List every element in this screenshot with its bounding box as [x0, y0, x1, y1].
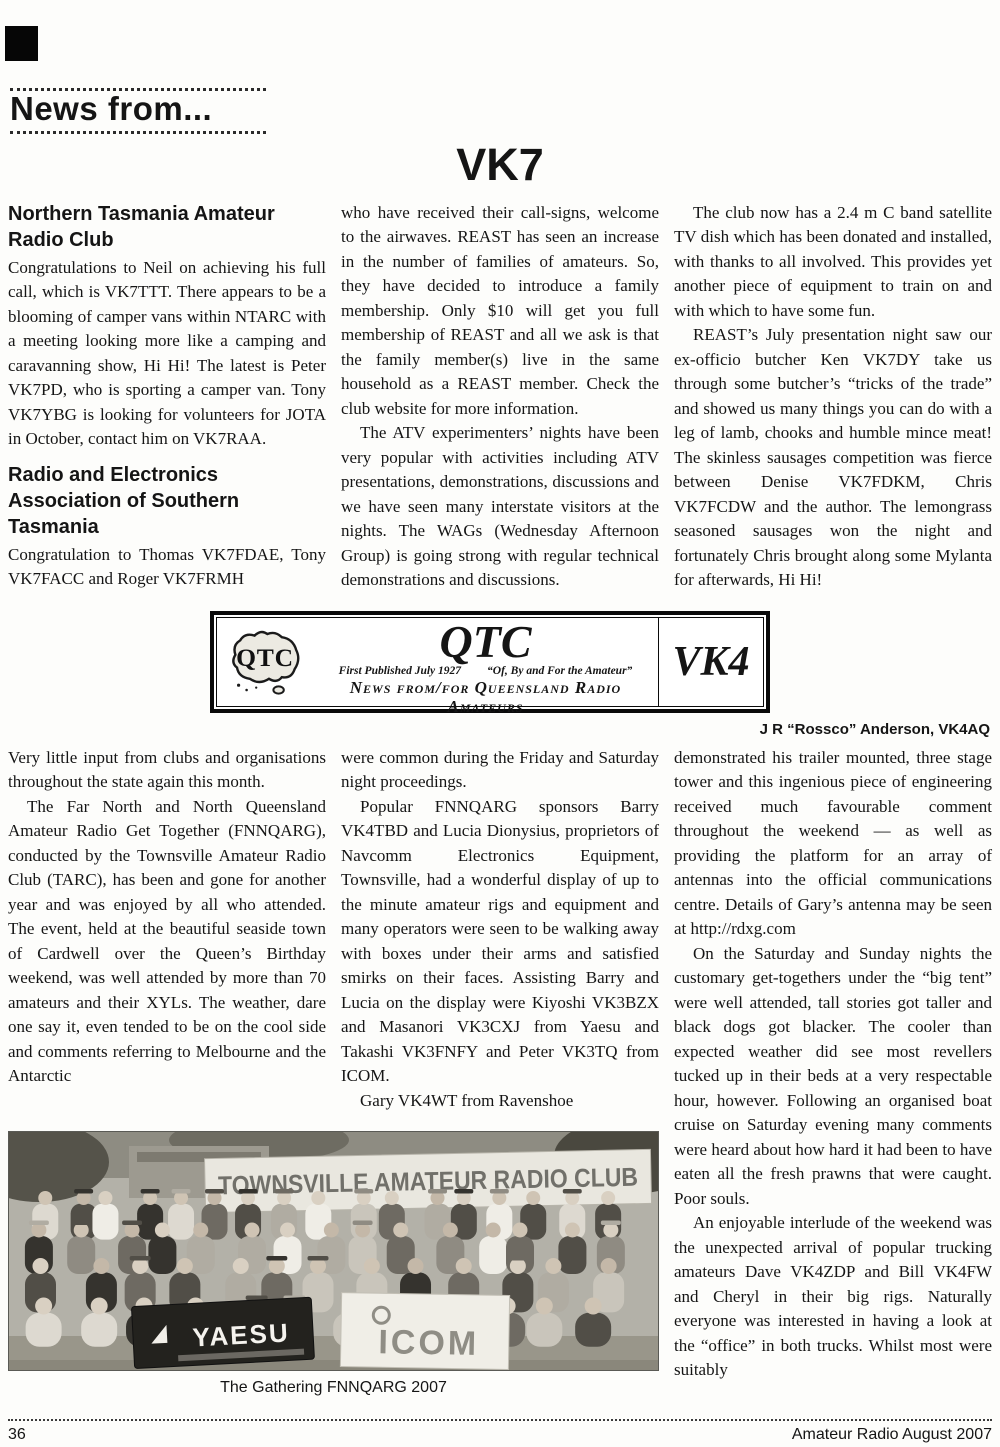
paragraph: An enjoyable interlude of the weekend wa…	[674, 1211, 992, 1383]
icom-banner-text: ICOM	[378, 1323, 479, 1363]
photo-caption: The Gathering FNNQARG 2007	[8, 1379, 659, 1397]
paragraph: Congratulation to Thomas VK7FDAE, Tony V…	[8, 543, 326, 592]
vk4-columns: Very little input from clubs and organis…	[8, 746, 992, 1398]
paragraph: who have received their call-signs, welc…	[341, 201, 659, 422]
qtc-motto: “Of, By and For the Amateur”	[487, 665, 632, 677]
yaesu-banner-text: YAESU	[192, 1318, 291, 1353]
vk7-column-2: who have received their call-signs, welc…	[341, 201, 659, 593]
yaesu-banner: YAESU	[131, 1297, 314, 1368]
paragraph: Congratulations to Neil on achieving his…	[8, 256, 326, 452]
qtc-banner: QTC QTC First Published July 1927“Of, By…	[210, 611, 770, 713]
vk4-column-1: Very little input from clubs and organis…	[8, 746, 326, 1114]
qtc-subtitle: News from/for Queensland Radio Amateurs	[313, 678, 658, 716]
group-photo-block: TOWNSVILLE AMATEUR RADIO CLUB YAESU	[8, 1131, 659, 1397]
qtc-logo-text: QTC	[236, 643, 294, 672]
qtc-banner-inner: QTC QTC First Published July 1927“Of, By…	[216, 617, 764, 707]
vk7-section-title: VK7	[8, 142, 992, 187]
heading-reast: Radio and Electronics Association of Sou…	[8, 462, 326, 540]
paragraph: The Far North and North Queensland Amate…	[8, 795, 326, 1089]
club-banner: TOWNSVILLE AMATEUR RADIO CLUB	[205, 1149, 652, 1212]
vk7-columns: Northern Tasmania Amateur Radio Club Con…	[8, 201, 992, 593]
page-footer: 36 Amateur Radio August 2007	[8, 1419, 992, 1444]
paragraph: Popular FNNQARG sponsors Barry VK4TBD an…	[341, 795, 659, 1089]
news-from-kicker: News from...	[10, 88, 266, 134]
qtc-logo-icon: QTC	[217, 618, 313, 706]
vk4-column-3: demonstrated his trailer mounted, three …	[674, 746, 992, 1398]
paragraph: On the Saturday and Sunday nights the cu…	[674, 942, 992, 1212]
page-number: 36	[8, 1426, 26, 1444]
paragraph: The ATV experimenters’ nights have been …	[341, 421, 659, 593]
australia-map-icon: QTC	[221, 622, 309, 702]
group-photo-svg: TOWNSVILLE AMATEUR RADIO CLUB YAESU	[9, 1132, 658, 1370]
journal-title: Amateur Radio August 2007	[792, 1426, 992, 1444]
qtc-first-published: First Published July 1927	[339, 665, 461, 677]
paragraph: demonstrated his trailer mounted, three …	[674, 746, 992, 942]
vk7-column-3: The club now has a 2.4 m C band satellit…	[674, 201, 992, 593]
magazine-page: News from... VK7 Northern Tasmania Amate…	[0, 0, 1000, 1447]
paragraph: The club now has a 2.4 m C band satellit…	[674, 201, 992, 324]
vk4-column-2: were common during the Friday and Saturd…	[341, 746, 659, 1114]
vk4-callsign: VK4	[658, 618, 763, 706]
qtc-banner-center: QTC First Published July 1927“Of, By and…	[313, 618, 658, 706]
icom-banner: ICOM	[340, 1293, 509, 1370]
heading-ntarc: Northern Tasmania Amateur Radio Club	[8, 201, 326, 253]
qtc-title: QTC	[313, 620, 658, 664]
qtc-published-line: First Published July 1927“Of, By and For…	[313, 664, 658, 678]
author-byline: J R “Rossco” Anderson, VK4AQ	[8, 721, 990, 738]
paragraph: were common during the Friday and Saturd…	[341, 746, 659, 795]
group-photo: TOWNSVILLE AMATEUR RADIO CLUB YAESU	[8, 1131, 659, 1371]
vk7-column-1: Northern Tasmania Amateur Radio Club Con…	[8, 201, 326, 593]
paragraph: Gary VK4WT from Ravenshoe	[341, 1089, 659, 1114]
paragraph: REAST’s July presentation night saw our …	[674, 323, 992, 593]
print-registration-mark	[5, 26, 38, 61]
paragraph: Very little input from clubs and organis…	[8, 746, 326, 795]
